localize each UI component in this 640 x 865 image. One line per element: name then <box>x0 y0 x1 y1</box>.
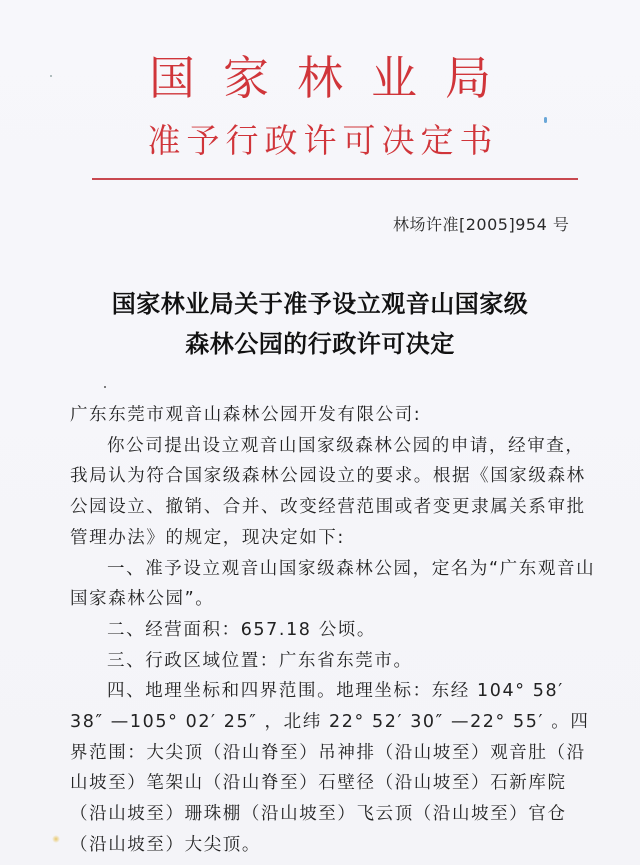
document-number: 林场许准[2005]954 号 <box>393 214 569 236</box>
scanned-document-page: 国家林业局 准予行政许可决定书 林场许准[2005]954 号 国家林业局关于准… <box>0 0 640 865</box>
body-paragraph-item-4: 四、地理坐标和四界范围。地理坐标：东经 104° 58′ 38″ —105° 0… <box>70 676 600 860</box>
letterhead-document-type: 准予行政许可决定书 <box>0 120 640 162</box>
decision-title: 国家林业局关于准予设立观音山国家级 森林公园的行政许可决定 <box>0 284 640 364</box>
body-paragraph-item-1: 一、准予设立观音山国家级森林公园，定名为“广东观音山国家森林公园”。 <box>70 554 600 615</box>
scan-stain <box>52 835 60 843</box>
body-paragraph-item-3: 三、行政区域位置：广东省东莞市。 <box>70 646 600 677</box>
scan-speck <box>50 75 52 77</box>
body-paragraph-intro: 你公司提出设立观音山国家级森林公园的申请，经审查，我局认为符合国家级森林公园设立… <box>70 431 600 554</box>
scan-speck <box>104 386 106 388</box>
decision-title-line-1: 国家林业局关于准予设立观音山国家级 <box>0 284 640 324</box>
document-body: 广东东莞市观音山森林公园开发有限公司: 你公司提出设立观音山国家级森林公园的申请… <box>70 400 600 861</box>
addressee: 广东东莞市观音山森林公园开发有限公司: <box>70 400 600 431</box>
letterhead-divider <box>92 178 578 180</box>
decision-title-line-2: 森林公园的行政许可决定 <box>0 324 640 364</box>
scan-ink-mark <box>544 117 547 123</box>
letterhead-issuer: 国家林业局 <box>0 50 640 106</box>
body-paragraph-item-2: 二、经营面积：657.18 公顷。 <box>70 615 600 646</box>
